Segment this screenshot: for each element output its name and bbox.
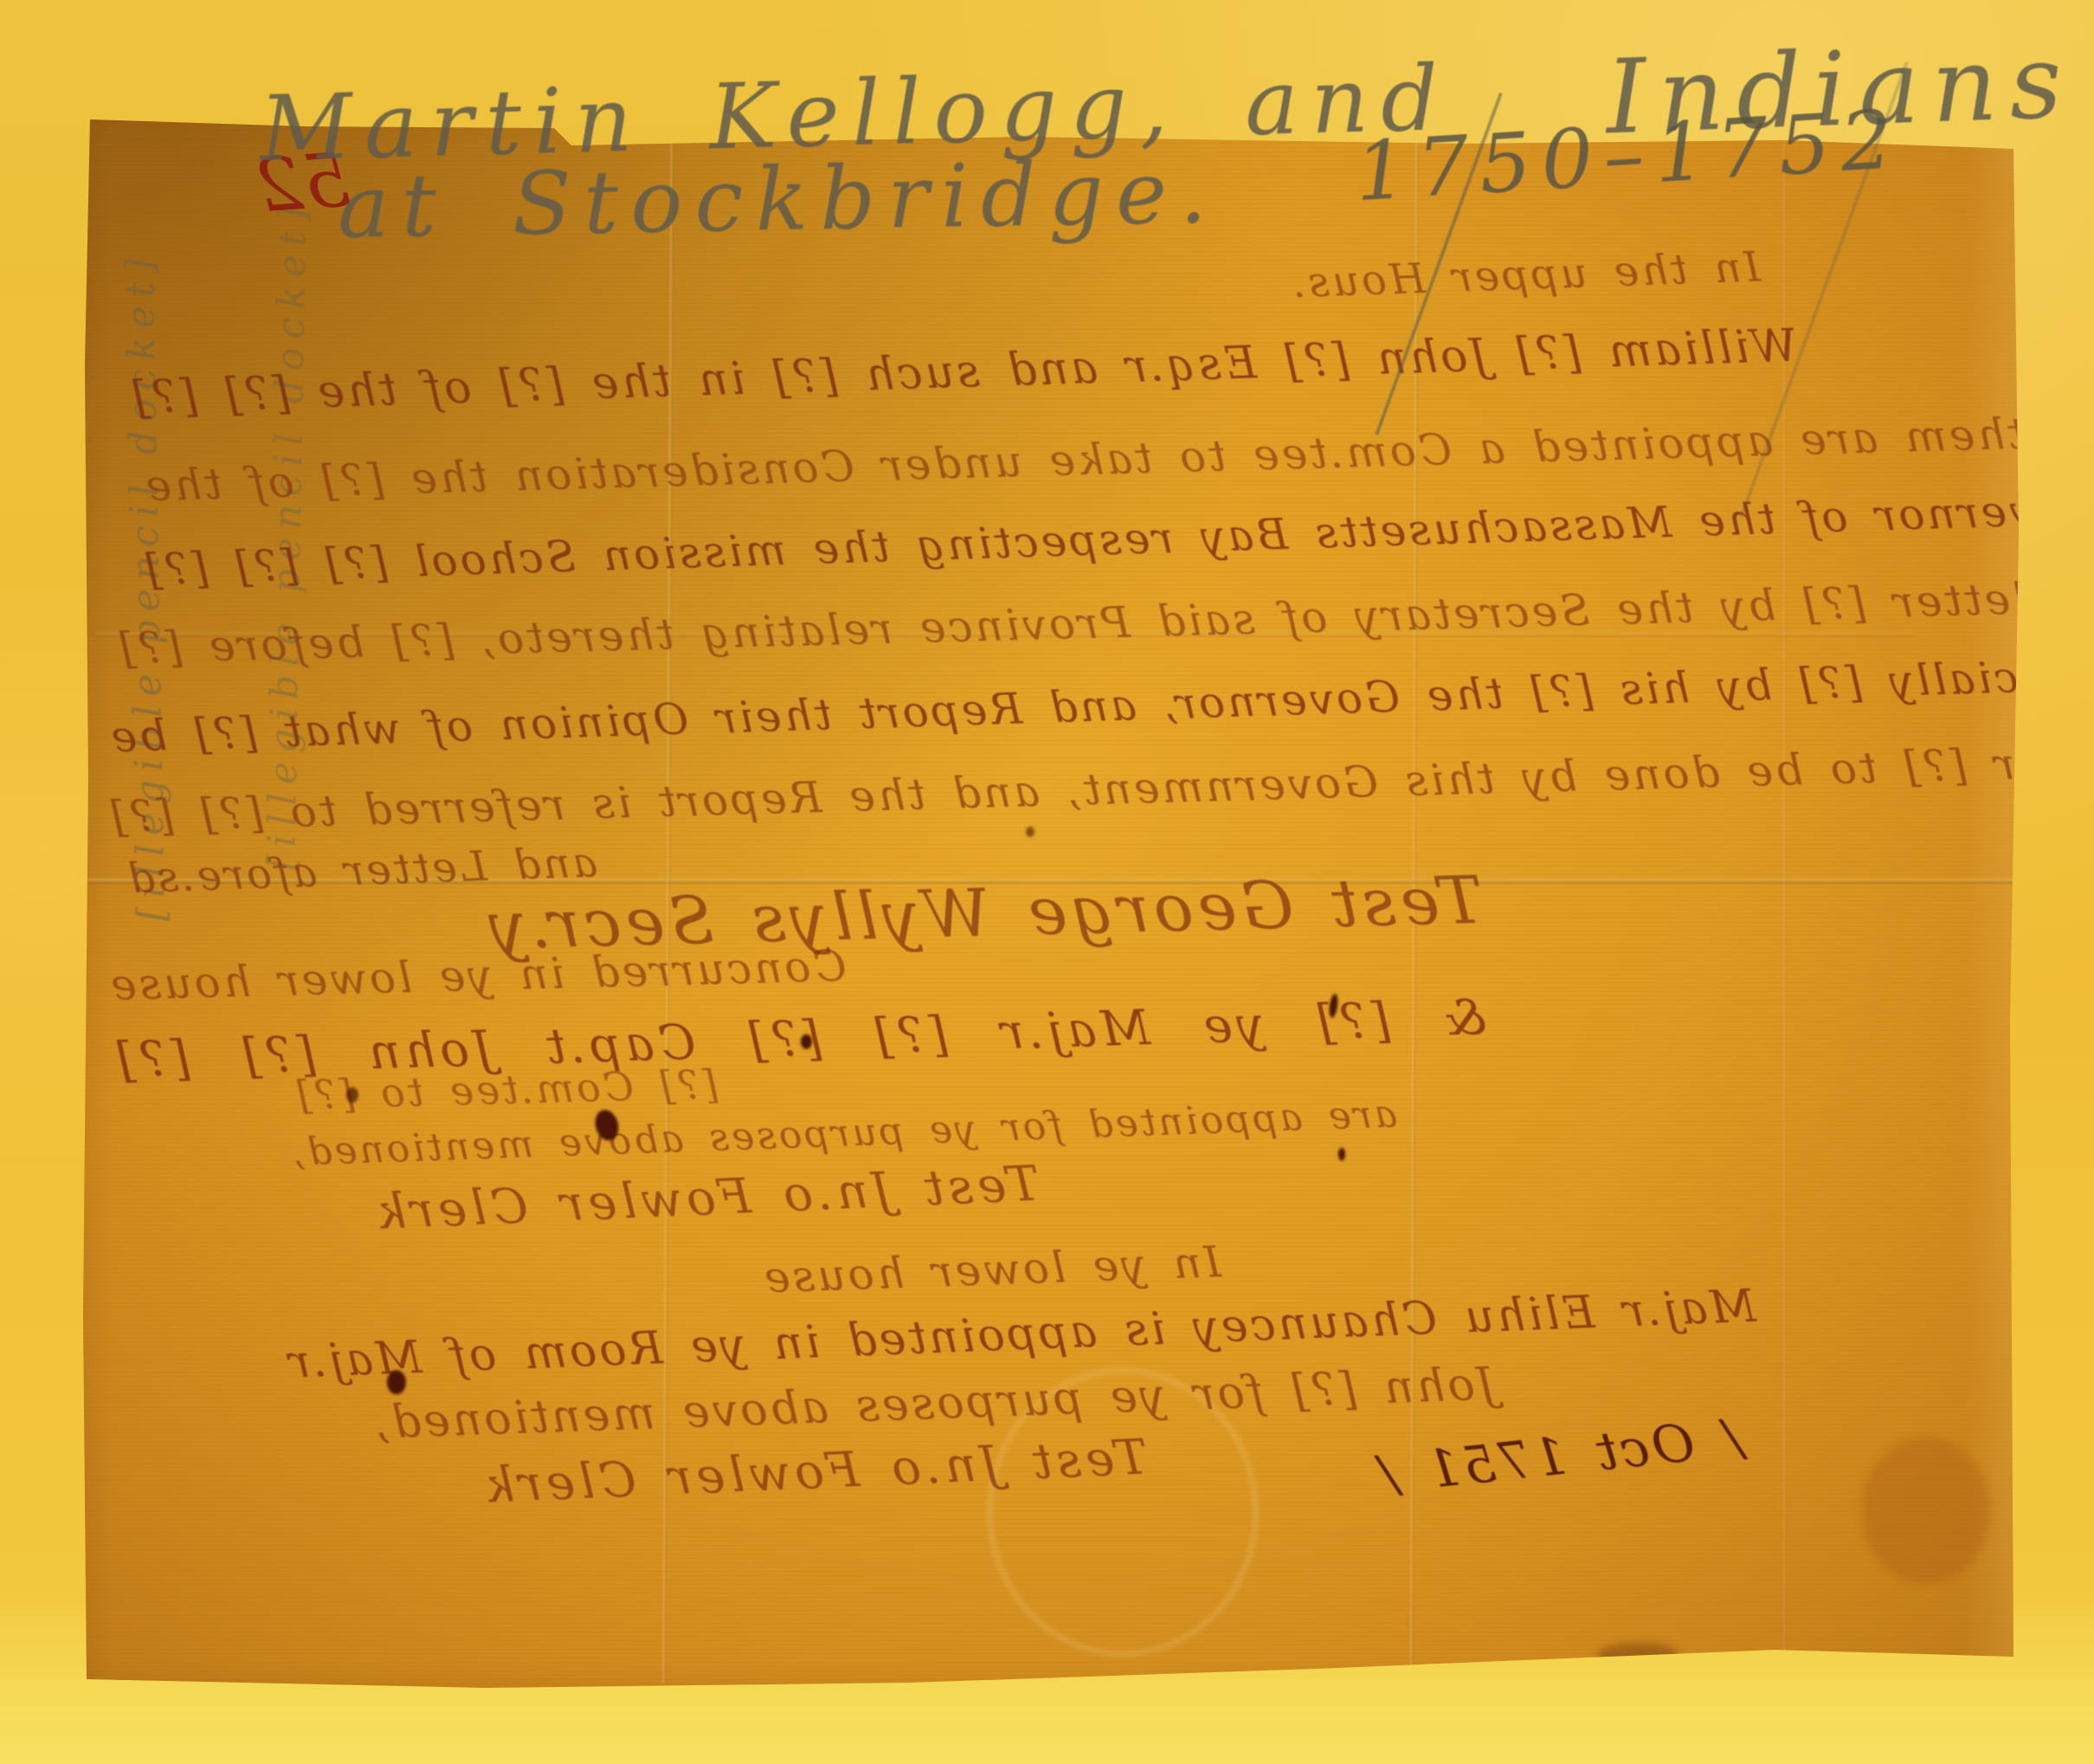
ink-blot xyxy=(387,1370,406,1394)
scanned-manuscript-page: [illegible pencil docket] [illegible pen… xyxy=(0,0,2094,1764)
committee-fragment: [?] Com.tee to [?] xyxy=(293,1061,718,1119)
margin-docket-line: [illegible pencil docket] xyxy=(260,186,316,871)
ink-blot xyxy=(1338,1148,1345,1161)
smudge-stain xyxy=(1597,1643,1679,1669)
manuscript-paper: [illegible pencil docket] [illegible pen… xyxy=(0,0,2094,1764)
body-line-1: William [?] John [?] Esq.r and such [?] … xyxy=(130,320,1798,424)
ink-blot xyxy=(346,1087,358,1103)
concurrence-line: Concurred in ye lower house xyxy=(107,941,847,1010)
chauncey-line: Maj.r Elihu Chauncey is appointed in ye … xyxy=(285,1280,1756,1388)
date-docket: / Oct 1751 / xyxy=(1375,1407,1745,1506)
lower-house-caption: In ye lower house xyxy=(761,1237,1221,1303)
ink-blot xyxy=(801,1034,812,1049)
archival-heading-line2: at Stockbridge. xyxy=(337,141,1220,258)
ink-speck xyxy=(929,1684,938,1692)
edge-stain xyxy=(1861,1437,1991,1584)
ink-blot xyxy=(1026,827,1034,837)
upper-house-caption: In the upper Hous. xyxy=(1289,243,1761,308)
